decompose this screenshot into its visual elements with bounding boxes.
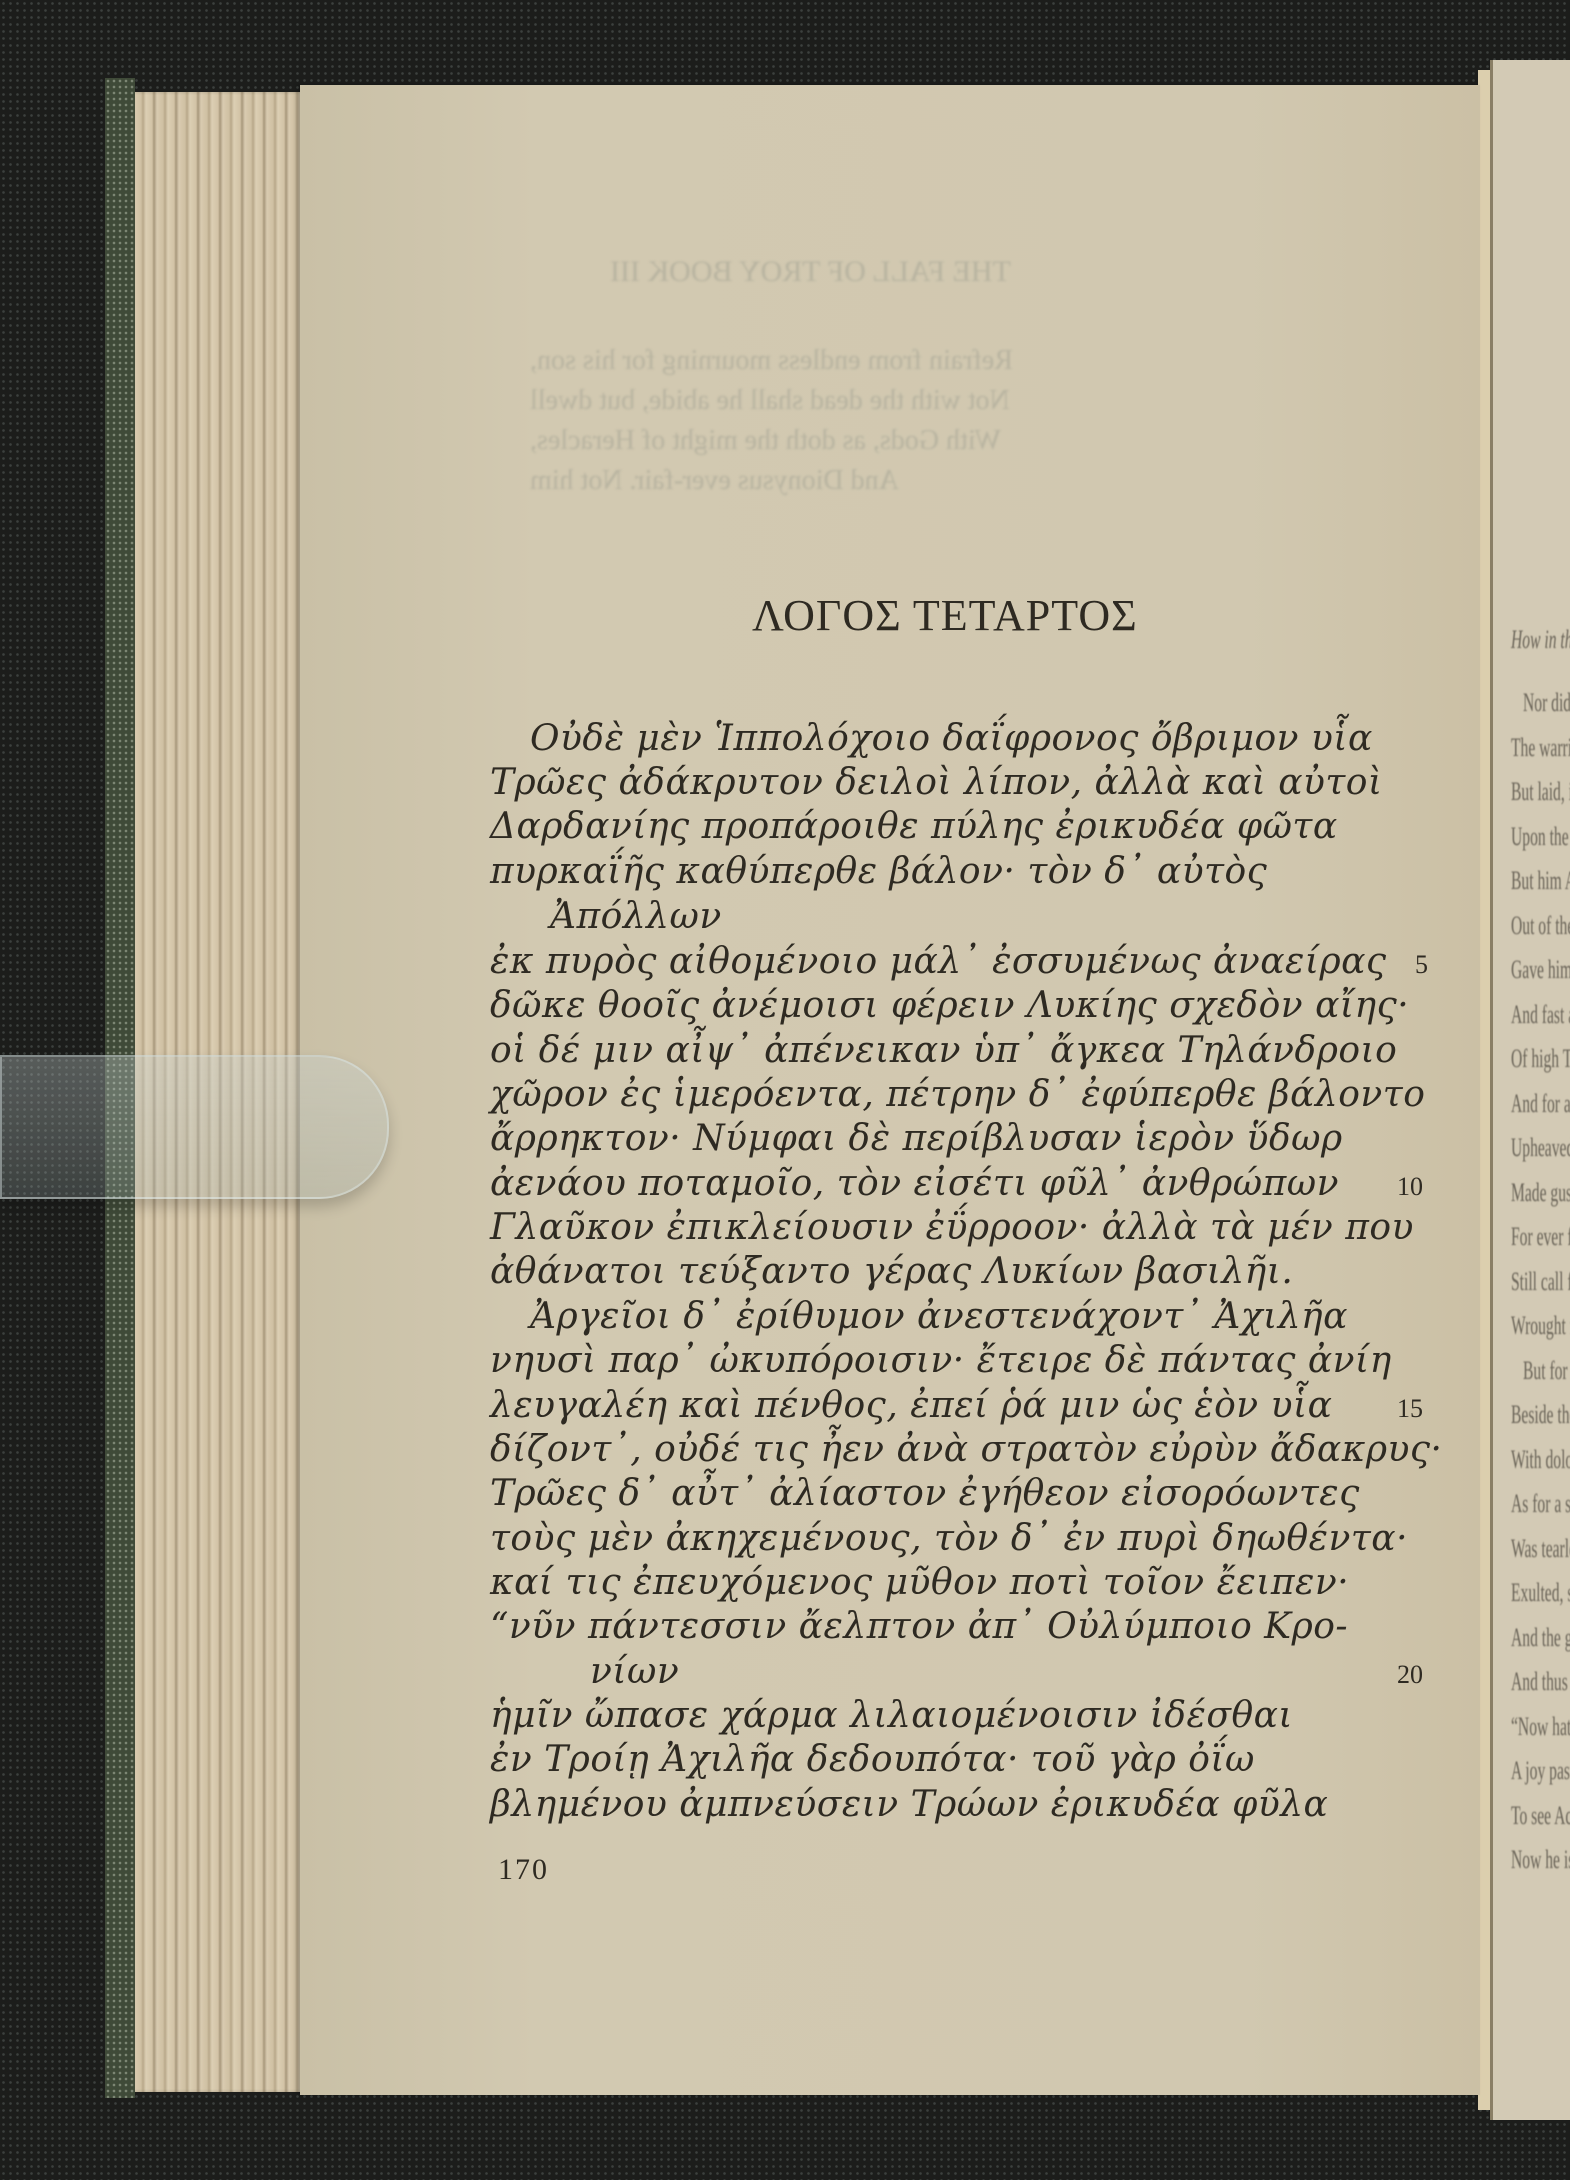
verse-line: λευγαλέη καὶ πένθος, ἐπεί ῥά μιν ὡς ἑὸν … [490,1385,1332,1426]
line-number: 5 [1415,950,1428,980]
bleed-line: With Gods, as doth the might of Heracles… [530,425,1001,457]
facing-line: The warrior [1511,733,1570,763]
verse-line: Γλαῦκον ἐπικλείουσιν ἐΰρροον· ἀλλὰ τὰ μέ… [490,1207,1414,1248]
facing-line: But laid, in [1511,777,1570,807]
verse-line: Οὐδὲ μὲν Ἱππολόχοιο δαΐφρονος ὄβριμον υἷ… [530,718,1373,759]
verse-line: ἐκ πυρὸς αἰθομένοιο μάλ᾽ ἐσσυμένως ἀναεί… [490,941,1387,982]
facing-line: Was tearless. [1511,1534,1570,1564]
line-number: 15 [1397,1394,1423,1424]
facing-line: To see Achilles [1511,1801,1570,1831]
facing-line: Gave him, to [1511,955,1570,985]
facing-line: A joy past hop [1511,1756,1570,1786]
facing-line: Still call fair- [1511,1267,1570,1297]
verse-line: ἐν Τροίῃ Ἀχιλῆα δεδουπότα· τοῦ γὰρ ὀΐω [490,1739,1255,1780]
line-number: 10 [1397,1172,1423,1202]
verse-line: Τρῶες ἀδάκρυτον δειλοὶ λίπον, ἀλλὰ καὶ α… [490,762,1383,803]
facing-line: For ever flow [1511,1222,1570,1252]
verse-line: Ἀπόλλων [550,896,722,937]
facing-line: And for a m [1511,1089,1570,1119]
facing-heading: How in the [1511,625,1570,655]
verse-line: οἱ δέ μιν αἶψ᾽ ἀπένεικαν ὑπ᾽ ἄγκεα Τηλάν… [490,1030,1397,1071]
verse-line: νίων [590,1651,679,1692]
facing-page: How in theNor didThe warriorBut laid, in… [1490,60,1570,2120]
verse-line: Τρῶες δ᾽ αὖτ᾽ ἀλίαστον ἐγήθεον εἰσορόωντ… [490,1473,1360,1514]
bleed-line: And Dionysus ever-fair. Not him [530,465,899,497]
verse-line: νηυσὶ παρ᾽ ὠκυπόροισιν· ἔτειρε δὲ πάντας… [490,1340,1392,1381]
page-clip-holder [0,1055,389,1199]
facing-line: Exulted, seeing [1511,1578,1570,1608]
book-title-heading: ΛΟΓΟΣ ΤΕΤΑΡΤΟΣ [752,590,1138,641]
facing-line: And thus a vau [1511,1667,1570,1697]
verse-line: χῶρον ἐς ἱμερόεντα, πέτρην δ᾽ ἐφύπερθε β… [490,1074,1425,1115]
bleed-line: Refrain from endless mourning for his so… [530,345,1013,377]
verse-line: τοὺς μὲν ἀκηχεμένους, τὸν δ᾽ ἐν πυρὶ δηω… [490,1518,1408,1559]
facing-line: And the great [1511,1623,1570,1653]
verse-line: ἀενάου ποταμοῖο, τὸν εἰσέτι φῦλ᾽ ἀνθρώπω… [490,1163,1339,1204]
page-number: 170 [498,1853,549,1887]
facing-line: Upheaved a [1511,1133,1570,1163]
facing-line: Nor did [1523,688,1570,718]
verse-line: δῶκε θοοῖς ἀνέμοισι φέρειν Λυκίης σχεδὸν… [490,985,1409,1026]
facing-line: With dolorous [1511,1445,1570,1475]
facing-line: Beside the sw [1511,1400,1570,1430]
verse-line: ἄρρηκτον· Νύμφαι δὲ περίβλυσαν ἱερὸν ὕδω… [490,1118,1343,1159]
facing-line: “Now hath Cr [1511,1712,1570,1742]
verse-line: δίζοντ᾽, οὐδέ τις ἦεν ἀνὰ στρατὸν εὐρὺν … [490,1429,1442,1470]
verse-line: βλημένου ἀμπνεύσειν Τρώων ἐρικυδέα φῦλα [490,1784,1328,1825]
verse-line: ἀθάνατοι τεύξαντο γέρας Λυκίων βασιλῆι. [490,1251,1293,1292]
bleed-line: Not with the dead shall he abide, but dw… [530,385,1010,417]
facing-line: Now he is smit [1511,1845,1570,1875]
facing-line: Made gush th [1511,1178,1570,1208]
facing-line: Of high Tel [1511,1044,1570,1074]
verse-line: πυρκαΐῆς καθύπερθε βάλον· τὸν δ᾽ αὐτὸς [490,851,1267,892]
bleed-heading: THE FALL OF TROY BOOK III [610,255,1011,289]
line-number: 20 [1397,1660,1423,1690]
verse-line: Δαρδανίης προπάροιθε πύλης ἐρικυδέα φῶτα [490,806,1338,847]
facing-line: As for a son; [1511,1489,1570,1519]
facing-line: And fast and [1511,1000,1570,1030]
facing-line: But him Ap [1511,866,1570,896]
verse-line: καί τις ἐπευχόμενος μῦθον ποτὶ τοῖον ἔει… [490,1562,1349,1603]
facing-line: Out of the [1511,911,1570,941]
facing-line: But for Ach [1523,1356,1570,1386]
verse-line: ἡμῖν ὤπασε χάρμα λιλαιομένοισιν ἰδέσθαι [490,1695,1293,1736]
facing-line: Upon the p [1511,822,1570,852]
verse-line: “νῦν πάντεσσιν ἄελπτον ἀπ᾽ Οὐλύμποιο Κρο… [490,1606,1348,1647]
facing-line: Wrought for [1511,1311,1570,1341]
verse-line: Ἀργεῖοι δ᾽ ἐρίθυμον ἀνεστενάχοντ᾽ Ἀχιλῆα [530,1296,1348,1337]
